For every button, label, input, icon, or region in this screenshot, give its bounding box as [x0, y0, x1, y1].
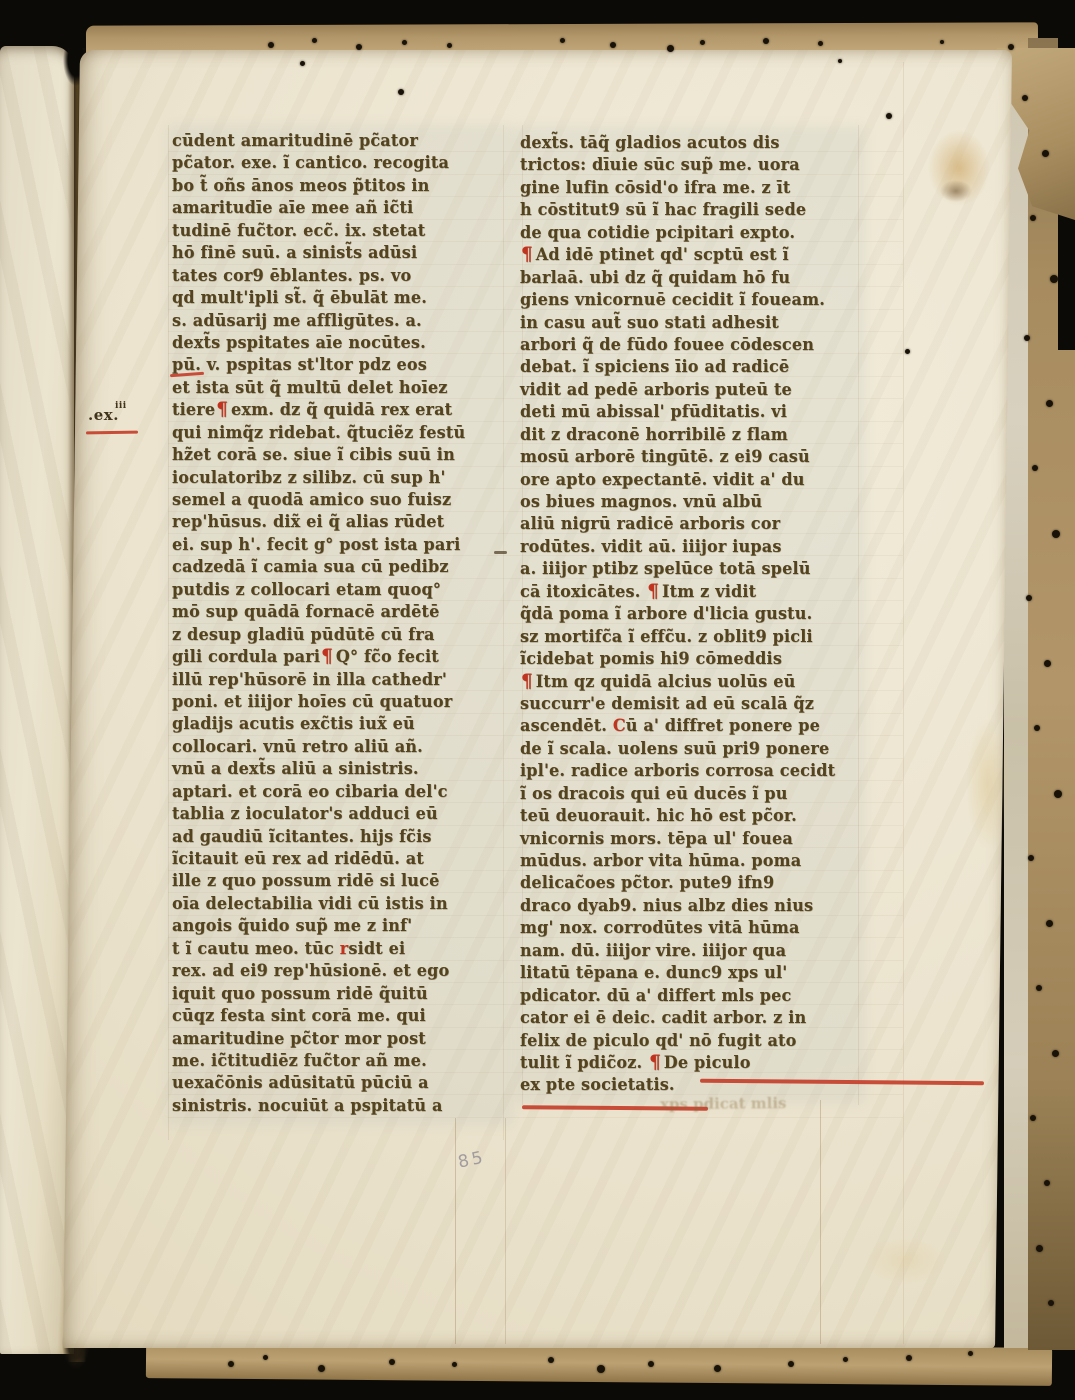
worm-hole	[818, 41, 823, 46]
manuscript-text-line: deti mū abissal' pfūditatis. vi	[520, 401, 868, 424]
facing-page-edge	[0, 46, 74, 1354]
manuscript-text-line: t ĩ cautu meo. tūc rsidt ei	[172, 937, 514, 960]
manuscript-text-line: cūqz festa sint corā me. qui	[172, 1005, 514, 1028]
vertical-ruling	[820, 1100, 821, 1344]
pilcrow-rubric: ¶	[215, 399, 231, 421]
red-rubric-letter: C	[613, 716, 626, 736]
worm-hole	[1046, 920, 1053, 927]
manuscript-text-line: rep'hūsus. dix̃ ei q̃ alias rūdet	[172, 511, 514, 534]
manuscript-text-line: a. iiijor ptibz spelūce totā spelū	[520, 558, 868, 581]
worm-hole	[905, 349, 910, 354]
worm-hole	[838, 59, 842, 63]
worm-hole	[648, 1361, 654, 1367]
worm-hole	[268, 42, 274, 48]
red-rubric-letter: r	[340, 938, 349, 958]
stain	[966, 718, 1010, 850]
manuscript-text-line: dit z draconē horribilē z flam	[520, 423, 868, 446]
manuscript-text-line: tablia z ioculator's adduci eū	[172, 803, 514, 826]
manuscript-text-line: aliū nigrū radicē arboris cor	[520, 513, 868, 536]
manuscript-text-line: cator ei ē deic. cadit arbor. z in	[520, 1007, 868, 1030]
manuscript-text-line: ille z quo possum ridē si lucē	[172, 870, 514, 893]
manuscript-text-line: hō finē suū. a sinist̃s adūsi	[172, 242, 514, 265]
pilcrow-rubric: ¶	[520, 244, 536, 266]
worm-hole	[447, 43, 452, 48]
worm-hole	[1028, 855, 1034, 861]
manuscript-text-line: os biues magnos. vnū albū	[520, 491, 868, 514]
manuscript-text-line: debat. ĩ spiciens īio ad radicē	[520, 356, 868, 379]
manuscript-text-line: tates cor9 ēblantes. ps. vo	[172, 264, 514, 287]
manuscript-text-line: q̃dā poma ĩ arbore d'licia gustu.	[520, 603, 868, 626]
manuscript-text-line: mō sup quādā fornacē ardētē	[172, 601, 514, 624]
worm-hole	[886, 113, 892, 119]
worm-hole	[1046, 400, 1053, 407]
manuscript-text-line: ei. sup h'. fecit g° post ista pari	[172, 534, 514, 557]
worm-hole	[1042, 150, 1049, 157]
manuscript-text-line: qui nimq̃z ridebat. q̃tuciẽz festū	[172, 421, 514, 444]
vertical-ruling	[505, 1118, 506, 1344]
manuscript-text-line: bo t̃ oñs ānos meos p̃titos in	[172, 175, 514, 198]
worm-hole	[1044, 660, 1051, 667]
manuscript-text-line: uexac̃ōnis adūsitatū pūciū a	[172, 1072, 514, 1095]
worm-hole	[1048, 1300, 1054, 1306]
manuscript-text-line: draco dyab9. nius albz dies nius	[520, 895, 868, 918]
worm-hole	[300, 61, 305, 66]
manuscript-text-line: in casu aut̃ suo stati adhesit	[520, 311, 868, 334]
worm-hole	[452, 1362, 457, 1367]
vertical-ruling	[455, 1118, 456, 1344]
manuscript-text-line: ioculatoribz z silibz. cū sup h'	[172, 466, 514, 489]
worm-hole	[843, 1357, 848, 1362]
worm-hole	[1054, 790, 1062, 798]
manuscript-text-line: cūdent amaritudinē pc̃ator	[172, 130, 514, 153]
manuscript-text-line: de qua cotidie pcipitari expto.	[520, 221, 868, 244]
manuscript-text-line: teū deuorauit. hic hō est pc̃or.	[520, 805, 868, 828]
manuscript-text-line: mūdus. arbor vita hūma. poma	[520, 850, 868, 873]
manuscript-text-line: vnicornis mors. tēpa ul' fouea	[520, 827, 868, 850]
manuscript-text-line: sz mortifc̃a ĩ effc̃u. z oblit9 picli	[520, 625, 868, 648]
worm-hole	[700, 40, 705, 45]
worm-hole	[906, 1355, 912, 1361]
worm-hole	[1022, 95, 1028, 101]
manuscript-text-line: h cōstitut9 sū ĩ hac fragili sede	[520, 199, 868, 222]
manuscript-text-line: vidit ad pedē arboris puteū te	[520, 378, 868, 401]
manuscript-text-line: gladijs acutis exc̃tis iux̃ eū	[172, 713, 514, 736]
worm-hole	[788, 1361, 794, 1367]
manuscript-text-line: delicac̃oes pc̃tor. pute9 ifn9	[520, 872, 868, 895]
manuscript-text-line: amaritudine pc̃tor mor post	[172, 1027, 514, 1050]
margin-note-superscript: iii	[115, 401, 127, 411]
manuscript-text-line: ipl'e. radice arboris corrosa cecidt	[520, 760, 868, 783]
manuscript-text-line: illū rep'hūsorē in illa cathedr'	[172, 668, 514, 691]
vertical-ruling	[168, 125, 169, 1140]
worm-hole	[1036, 1245, 1043, 1252]
worm-hole	[763, 38, 769, 44]
worm-hole	[1052, 1050, 1059, 1057]
worm-hole	[1008, 44, 1014, 50]
manuscript-text-line: arbori q̃ de fūdo fouee cōdescen	[520, 334, 868, 357]
worm-hole	[398, 89, 404, 95]
worm-hole	[610, 42, 616, 48]
manuscript-text-line: aptari. et corā eo cibaria del'c	[172, 780, 514, 803]
manuscript-text-line: tudinē fuc̃tor. ecc̃. ix. stetat	[172, 219, 514, 242]
worm-hole	[402, 40, 407, 45]
manuscript-text-line: gine lufin cōsid'o ifra me. z īt	[520, 177, 868, 200]
worm-hole	[597, 1365, 605, 1373]
manuscript-text-line: poni. et iiijor hoīes cū quatuor	[172, 691, 514, 714]
worm-hole	[1044, 1180, 1050, 1186]
worm-hole	[228, 1361, 234, 1367]
manuscript-text-line: tulit ĩ pdic̃oz. ¶De piculo	[520, 1052, 868, 1075]
manuscript-text-line: putdis z collocari etam quoq°	[172, 578, 514, 601]
vertical-ruling	[903, 62, 904, 1344]
manuscript-text-line: ¶Itm qz quidā alcius uolūs eū	[520, 670, 868, 693]
worm-hole	[318, 1365, 325, 1372]
text-column-left: cūdent amaritudinē pc̃atorpc̃ator. exe. …	[172, 130, 514, 1117]
manuscript-text-line: collocari. vnū retro aliū añ.	[172, 735, 514, 758]
manuscript-text-line: ĩcidebat pomis hi9 cōmeddis	[520, 648, 868, 671]
manuscript-text-line: pū. v. pspitas st'ltor pdz eos	[172, 354, 514, 377]
manuscript-text-line: vnū a dext̃s aliū a sinistris.	[172, 758, 514, 781]
worm-hole	[389, 1359, 395, 1365]
manuscript-text-line: rex. ad ei9 rep'hūsionē. et ego	[172, 960, 514, 983]
manuscript-text-line: ĩ os dracois qui eū ducēs ĩ pu	[520, 782, 868, 805]
manuscript-text-line: ĩcitauit eū rex ad ridēdū. at	[172, 848, 514, 871]
manuscript-text-line: ¶Ad idē ptinet qd' scptū est ĩ	[520, 244, 868, 267]
manuscript-text-line: et ista sūt q̃ multū delet hoīez	[172, 376, 514, 399]
manuscript-text-line: semel a quodā amico suo fuisz	[172, 489, 514, 512]
manuscript-text-line: dext̃s. tāq̃ gladios acutos dis	[520, 132, 868, 155]
worm-hole	[940, 40, 944, 44]
manuscript-text-line: qd mult'ipli st̃. q̃ ēbulāt me.	[172, 287, 514, 310]
manuscript-text-line: mosū arborē tingūtē. z ei9 casū	[520, 446, 868, 469]
manuscript-text-line: cā itoxicātes. ¶Itm z vidit	[520, 580, 868, 603]
manuscript-text-line: oīa delectabilia vidi cū istis in	[172, 893, 514, 916]
manuscript-text-line: cadzedā ĩ camia sua cū pedibz	[172, 556, 514, 579]
worm-hole	[263, 1355, 268, 1360]
worm-hole	[1024, 335, 1030, 341]
worm-hole	[1032, 465, 1038, 471]
manuscript-text-line: rodūtes. vidit aū. iiijor iupas	[520, 536, 868, 559]
manuscript-text-line: s. adūsarij me affligūtes. a.	[172, 309, 514, 332]
worm-hole	[667, 45, 674, 52]
manuscript-text-line: succurr'e demisit ad eū scalā q̃z	[520, 693, 868, 716]
worm-hole	[1050, 275, 1058, 283]
worm-hole	[968, 1351, 973, 1356]
manuscript-scan-photo: cūdent amaritudinē pc̃atorpc̃ator. exe. …	[0, 0, 1075, 1400]
manuscript-text-line: litatū tēpana e. dunc9 xps ul'	[520, 962, 868, 985]
manuscript-text-line: me. ic̃titudiēz fuc̃tor añ me.	[172, 1050, 514, 1073]
manuscript-text-line: amaritudīe aīe mee añ ic̃ti	[172, 197, 514, 220]
worm-hole	[1030, 1115, 1036, 1121]
stain	[940, 180, 972, 202]
worm-hole	[548, 1357, 554, 1363]
manuscript-text-line: gili cordula pari¶Q° fc̃o fecit	[172, 646, 514, 669]
margin-dash-mark	[494, 551, 507, 554]
manuscript-text-line: ad gaudiū ĩcitantes. hijs fc̃is	[172, 825, 514, 848]
manuscript-text-line: sinistris. nocuiūt a pspitatū a	[172, 1094, 514, 1117]
show-through-text: xps pdicat mlis	[660, 1093, 950, 1114]
manuscript-text-line: angois q̃uido sup̃ me z inf'	[172, 915, 514, 938]
manuscript-text-line: pdicator. dū a' differt mls pec	[520, 984, 868, 1007]
manuscript-text-line: de ĩ scala. uolens suū pri9 ponere	[520, 737, 868, 760]
manuscript-text-line: z desup gladiū pūdūtē cū fra	[172, 623, 514, 646]
manuscript-text-line: tiere¶exm. dz q̃ quidā rex erat	[172, 399, 514, 422]
stain	[864, 1236, 946, 1284]
manuscript-text-line: hz̃et corā se. siue ĩ cibis suū in	[172, 444, 514, 467]
pilcrow-rubric: ¶	[520, 670, 536, 692]
text-column-right: dext̃s. tāq̃ gladios acutos districtos: …	[520, 132, 868, 1097]
manuscript-text-line: barlaā. ubi dz q̃ quidam hō fu	[520, 266, 868, 289]
pilcrow-rubric: ¶	[320, 646, 336, 668]
worm-hole	[1052, 530, 1060, 538]
worm-hole	[714, 1365, 721, 1372]
manuscript-text-line: ascendēt. Cū a' diffret ponere pe	[520, 715, 868, 738]
manuscript-text-line: mg' nox. corrodūtes vitā hūma	[520, 917, 868, 940]
pilcrow-rubric: ¶	[646, 580, 662, 602]
worm-hole	[1034, 725, 1040, 731]
margin-note: .ex.iii	[88, 406, 131, 424]
manuscript-text-line: nam. dū. iiijor vire. iiijor qua	[520, 939, 868, 962]
manuscript-text-line: dext̃s pspitates aīe nocūtes.	[172, 332, 514, 355]
worm-hole	[312, 38, 317, 43]
manuscript-text-line: felix de piculo qd' nō fugit ato	[520, 1029, 868, 1052]
worm-hole	[1036, 985, 1042, 991]
manuscript-text-line: trictos: dīuie sūc sup̃ me. uora	[520, 154, 868, 177]
manuscript-text-line: iquit quo possum ridē q̃uitū	[172, 982, 514, 1005]
manuscript-text-line: pc̃ator. exe. ĩ cantico. recogita	[172, 152, 514, 175]
manuscript-text-line: giens vnicornuē cecidit ĩ foueam.	[520, 289, 868, 312]
pilcrow-rubric: ¶	[648, 1052, 664, 1074]
worm-hole	[356, 44, 362, 50]
manuscript-text-line: ore apto expectantē. vidit a' du	[520, 468, 868, 491]
worm-hole	[1026, 595, 1032, 601]
worm-hole	[1030, 215, 1036, 221]
worm-hole	[560, 38, 565, 43]
